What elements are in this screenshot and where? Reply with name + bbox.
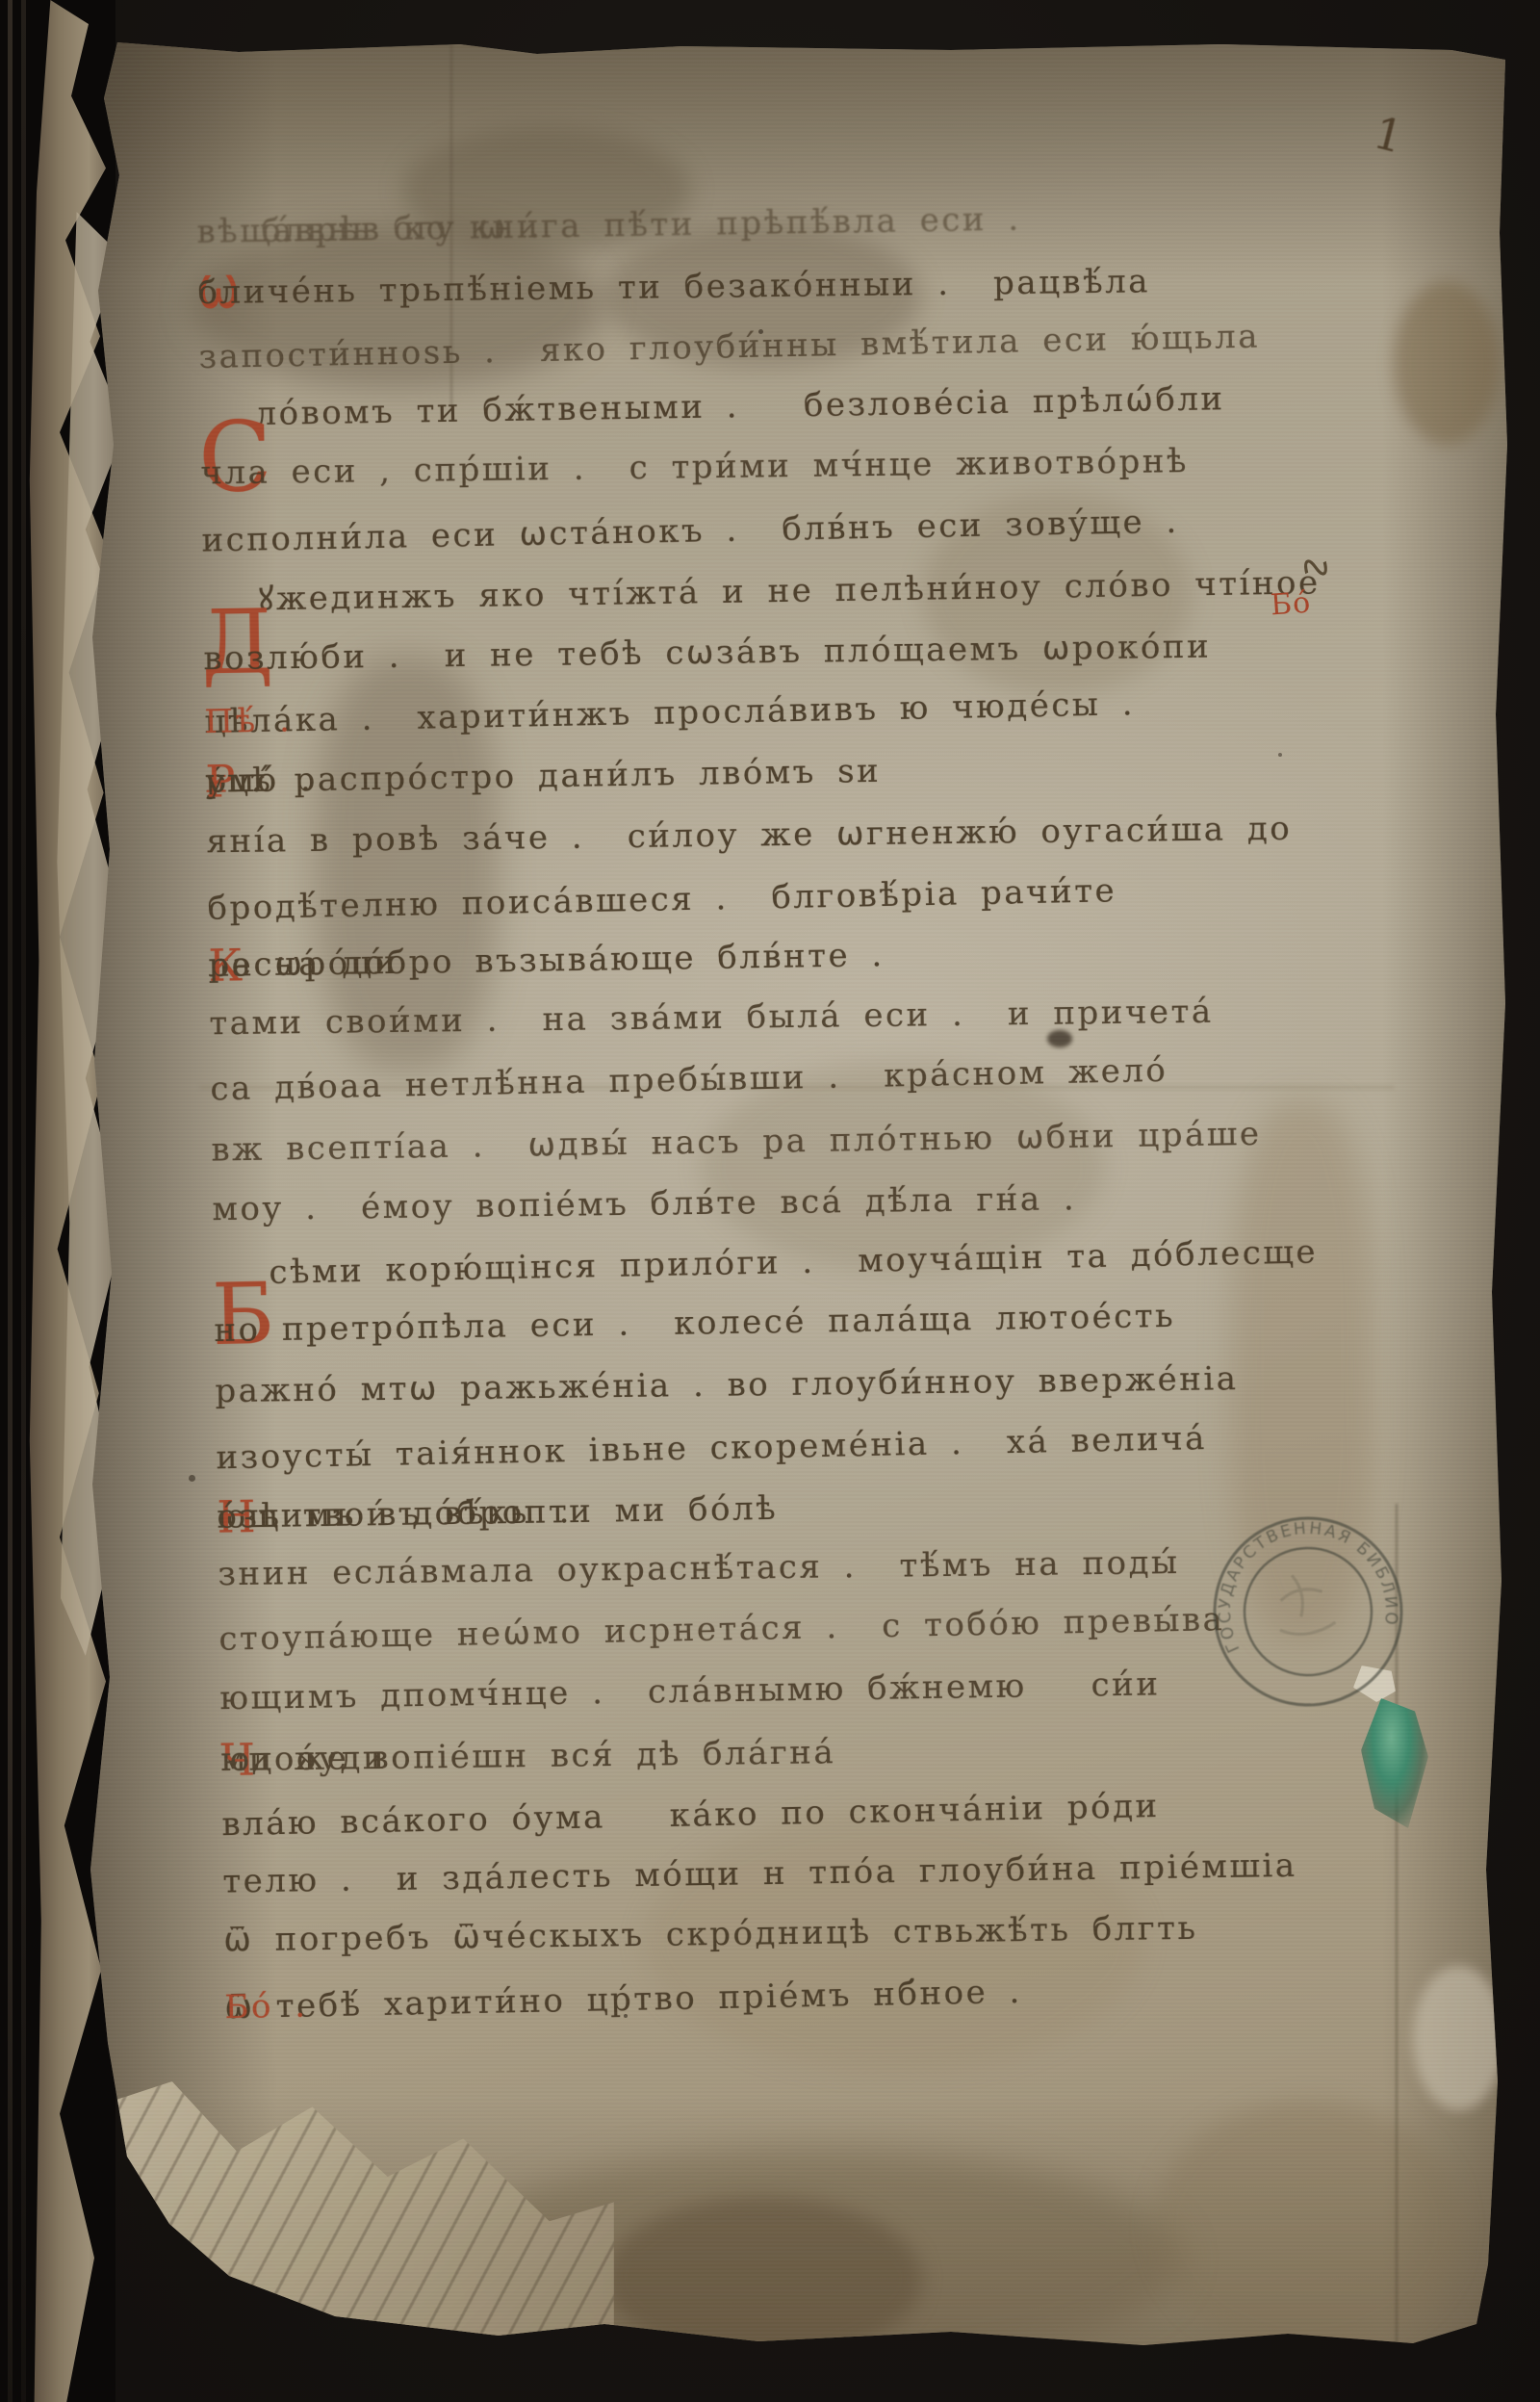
ink-text: ющимъ дпомч́нце . сла́внымю бж́немю си́и [219, 1654, 1161, 1729]
ink-speck [189, 1475, 195, 1482]
spine-ridge [21, 0, 26, 2402]
ink-text: блвнь бгу ѡ . [196, 196, 543, 263]
stain [1394, 281, 1500, 445]
rubric-text: Пѣ́ . [204, 690, 293, 753]
spine-ridge [8, 0, 13, 2402]
ink-text: уцѣ́ распро́стро дани́лъ лво́мъ ѕи [205, 740, 882, 812]
light-patch [1413, 1966, 1504, 2110]
water-stain [1153, 2101, 1461, 2351]
rubric-text: Бо́ . [224, 1976, 308, 2038]
ink-text: расна́ до́бро [208, 932, 454, 996]
library-stamp: ГОСУДАРСТВЕННАЯ БИБЛИОТЕКА ✱ [1156, 1459, 1459, 1763]
rubric-initial: Б [213, 1273, 269, 1283]
stamp-center-emblem [1271, 1569, 1337, 1639]
ink-text: о́зѣ твои́ до́бропти ми бо́лѣ [217, 1478, 779, 1547]
ink-text: юдоо́уди [220, 1727, 387, 1791]
rubric-initial: С [199, 415, 255, 426]
rubric-initial: Д [203, 600, 259, 610]
manuscript-page: 1 вѣща́врѣв ко кни́га пѣ́ти прѣпѣ́вла ес… [85, 40, 1507, 2384]
stamp-inner-circle [1235, 1538, 1382, 1686]
marginal-rubric-bogorodichen: Бо́ [1270, 586, 1312, 623]
